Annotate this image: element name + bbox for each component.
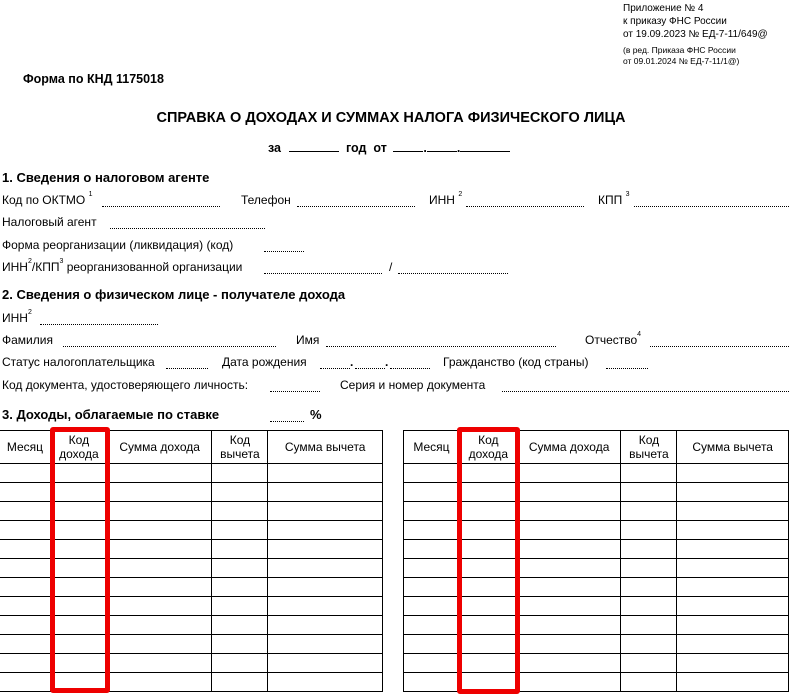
period-month-field[interactable] xyxy=(427,140,457,152)
column-header-line1: Сумма вычета xyxy=(268,440,382,454)
table-cell-deduction-amount[interactable] xyxy=(268,559,383,578)
phone-label: Телефон xyxy=(241,193,291,207)
table-cell-income-amount[interactable] xyxy=(107,616,212,635)
table-cell-income-amount[interactable] xyxy=(517,635,621,654)
table-cell-deduction-code[interactable] xyxy=(621,578,677,597)
table-cell-month[interactable] xyxy=(0,464,50,483)
appendix-line-2: к приказу ФНС России xyxy=(623,15,768,28)
table-cell-deduction-amount[interactable] xyxy=(268,597,383,616)
appendix-line-5: от 09.01.2024 № ЕД-7-11/1@) xyxy=(623,56,768,67)
agent-kpp-footnote: 3 xyxy=(626,191,630,198)
reorg-inn-field[interactable] xyxy=(264,273,382,274)
section3-title: 3. Доходы, облагаемые по ставке xyxy=(2,407,219,422)
table-cell-deduction-code[interactable] xyxy=(212,464,268,483)
table-cell-deduction-code[interactable] xyxy=(621,654,677,673)
table-cell-income-amount[interactable] xyxy=(107,673,212,692)
table-cell-deduction-amount[interactable] xyxy=(677,483,789,502)
table-cell-month[interactable] xyxy=(0,540,50,559)
person-inn-field[interactable] xyxy=(40,324,158,325)
table-cell-income-amount[interactable] xyxy=(107,635,212,654)
table-cell-deduction-amount[interactable] xyxy=(268,502,383,521)
table-cell-deduction-code[interactable] xyxy=(621,635,677,654)
taxpayer-status-label: Статус налогоплательщика xyxy=(2,355,155,369)
table-cell-income-amount[interactable] xyxy=(517,578,621,597)
table-cell-month[interactable] xyxy=(404,502,460,521)
table-cell-month[interactable] xyxy=(0,597,50,616)
agent-kpp-field[interactable] xyxy=(634,206,789,207)
income-code-column-highlight-left xyxy=(50,427,110,693)
document-title: СПРАВКА О ДОХОДАХ И СУММАХ НАЛОГА ФИЗИЧЕ… xyxy=(0,110,797,126)
table-cell-deduction-amount[interactable] xyxy=(268,540,383,559)
patronymic-label: Отчество4 xyxy=(585,333,641,347)
taxpayer-status-field[interactable] xyxy=(166,368,208,369)
table-cell-income-amount[interactable] xyxy=(517,464,621,483)
period-year-date-field[interactable] xyxy=(460,140,510,152)
column-header-line2: вычета xyxy=(212,447,267,461)
column-header-deduction-amount: Сумма вычета xyxy=(268,431,383,464)
table-cell-deduction-amount[interactable] xyxy=(677,559,789,578)
table-cell-deduction-code[interactable] xyxy=(621,559,677,578)
table-cell-month[interactable] xyxy=(404,597,460,616)
birth-day-field[interactable] xyxy=(320,368,350,369)
table-cell-month[interactable] xyxy=(404,559,460,578)
patronymic-footnote: 4 xyxy=(637,331,641,338)
appendix-line-4: (в ред. Приказа ФНС России xyxy=(623,45,768,56)
table-cell-income-amount[interactable] xyxy=(107,597,212,616)
table-cell-income-amount[interactable] xyxy=(517,483,621,502)
birth-month-field[interactable] xyxy=(355,368,385,369)
column-header-line1: Месяц xyxy=(404,440,459,454)
table-cell-deduction-amount[interactable] xyxy=(677,654,789,673)
table-cell-deduction-code[interactable] xyxy=(212,521,268,540)
table-cell-month[interactable] xyxy=(0,578,50,597)
table-cell-month[interactable] xyxy=(0,635,50,654)
table-cell-month[interactable] xyxy=(404,521,460,540)
birth-dot-2: . xyxy=(385,355,388,369)
reorg-org-label-text: реорганизованной организации xyxy=(67,260,243,274)
reorg-kpp-label-text: /КПП xyxy=(32,260,60,274)
birth-year-field[interactable] xyxy=(390,368,430,369)
agent-inn-footnote: 2 xyxy=(458,191,462,198)
period-for-label: за xyxy=(268,141,281,155)
citizenship-field[interactable] xyxy=(606,368,648,369)
table-cell-income-amount[interactable] xyxy=(107,559,212,578)
table-cell-deduction-code[interactable] xyxy=(212,540,268,559)
table-cell-deduction-amount[interactable] xyxy=(677,578,789,597)
table-cell-deduction-amount[interactable] xyxy=(677,597,789,616)
table-cell-deduction-code[interactable] xyxy=(621,502,677,521)
table-cell-month[interactable] xyxy=(0,521,50,540)
column-header-line2: вычета xyxy=(621,447,676,461)
reorg-form-label: Форма реорганизации (ликвидация) (код) xyxy=(2,238,233,252)
table-cell-deduction-amount[interactable] xyxy=(677,673,789,692)
patronymic-field[interactable] xyxy=(650,346,789,347)
agent-inn-field[interactable] xyxy=(466,206,584,207)
appendix-line-3: от 19.09.2023 № ЕД-7-11/649@ xyxy=(623,28,768,41)
doc-series-label: Серия и номер документа xyxy=(340,378,485,392)
table-cell-deduction-amount[interactable] xyxy=(268,464,383,483)
column-header-deduction-code: Кодвычета xyxy=(621,431,677,464)
table-cell-month[interactable] xyxy=(0,616,50,635)
table-cell-deduction-code[interactable] xyxy=(621,616,677,635)
column-header-line1: Сумма дохода xyxy=(518,440,621,454)
period-day-field[interactable] xyxy=(393,140,423,152)
oktmo-field[interactable] xyxy=(102,206,220,207)
income-code-column-highlight-right xyxy=(457,427,520,694)
table-cell-month[interactable] xyxy=(404,578,460,597)
column-header-month: Месяц xyxy=(404,431,460,464)
table-cell-deduction-code[interactable] xyxy=(621,540,677,559)
table-cell-deduction-amount[interactable] xyxy=(268,578,383,597)
reorg-kpp-footnote: 3 xyxy=(59,258,63,265)
appendix-line-1: Приложение № 4 xyxy=(623,2,768,15)
tax-agent-field[interactable] xyxy=(110,228,265,229)
table-cell-deduction-amount[interactable] xyxy=(268,521,383,540)
table-cell-month[interactable] xyxy=(0,654,50,673)
table-cell-deduction-code[interactable] xyxy=(212,559,268,578)
table-cell-deduction-amount[interactable] xyxy=(677,616,789,635)
table-cell-deduction-code[interactable] xyxy=(621,521,677,540)
reorg-form-field[interactable] xyxy=(264,251,304,252)
oktmo-label-text: Код по ОКТМО xyxy=(2,193,85,207)
percent-sign: % xyxy=(310,407,322,422)
agent-inn-label: ИНН 2 xyxy=(429,193,462,207)
table-cell-income-amount[interactable] xyxy=(517,597,621,616)
column-header-income-amount: Сумма дохода xyxy=(517,431,621,464)
table-cell-income-amount[interactable] xyxy=(107,502,212,521)
doc-code-label: Код документа, удостоверяющего личность: xyxy=(2,378,248,392)
table-cell-income-amount[interactable] xyxy=(517,654,621,673)
appendix-note: Приложение № 4 к приказу ФНС России от 1… xyxy=(623,2,768,67)
table-cell-deduction-amount[interactable] xyxy=(268,483,383,502)
name-field[interactable] xyxy=(326,346,556,347)
table-cell-deduction-code[interactable] xyxy=(212,578,268,597)
doc-code-field[interactable] xyxy=(270,391,320,392)
table-cell-month[interactable] xyxy=(0,483,50,502)
period-year-field[interactable] xyxy=(289,140,339,152)
table-cell-income-amount[interactable] xyxy=(517,540,621,559)
tax-rate-field[interactable] xyxy=(270,421,304,422)
table-cell-income-amount[interactable] xyxy=(517,521,621,540)
column-header-deduction-amount: Сумма вычета xyxy=(677,431,789,464)
column-header-deduction-code: Кодвычета xyxy=(212,431,268,464)
table-cell-month[interactable] xyxy=(0,559,50,578)
section1-title: 1. Сведения о налоговом агенте xyxy=(2,170,209,185)
reorg-inn-footnote: 2 xyxy=(28,258,32,265)
oktmo-label: Код по ОКТМО 1 xyxy=(2,193,92,207)
table-cell-income-amount[interactable] xyxy=(107,578,212,597)
table-cell-income-amount[interactable] xyxy=(107,540,212,559)
table-cell-month[interactable] xyxy=(404,483,460,502)
table-cell-income-amount[interactable] xyxy=(517,502,621,521)
table-cell-deduction-amount[interactable] xyxy=(677,540,789,559)
person-inn-footnote: 2 xyxy=(28,309,32,316)
table-cell-month[interactable] xyxy=(404,540,460,559)
surname-field[interactable] xyxy=(63,346,276,347)
table-cell-month[interactable] xyxy=(0,502,50,521)
birth-date-label: Дата рождения xyxy=(222,355,307,369)
table-cell-income-amount[interactable] xyxy=(517,673,621,692)
table-cell-deduction-amount[interactable] xyxy=(677,464,789,483)
table-cell-deduction-code[interactable] xyxy=(212,635,268,654)
table-cell-month[interactable] xyxy=(404,616,460,635)
reorg-inn-label-text: ИНН xyxy=(2,260,28,274)
column-header-line1: Месяц xyxy=(0,440,50,454)
table-cell-deduction-code[interactable] xyxy=(212,597,268,616)
form-code: Форма по КНД 1175018 xyxy=(23,72,164,86)
table-cell-deduction-code[interactable] xyxy=(212,616,268,635)
oktmo-footnote: 1 xyxy=(89,191,93,198)
table-cell-month[interactable] xyxy=(404,464,460,483)
table-cell-deduction-code[interactable] xyxy=(621,673,677,692)
table-cell-deduction-code[interactable] xyxy=(621,464,677,483)
table-cell-month[interactable] xyxy=(404,654,460,673)
table-cell-deduction-code[interactable] xyxy=(621,597,677,616)
period-from-label: от xyxy=(373,141,386,155)
column-header-line1: Код xyxy=(621,433,676,447)
table-cell-month[interactable] xyxy=(404,635,460,654)
agent-inn-label-text: ИНН xyxy=(429,193,455,207)
agent-kpp-label: КПП 3 xyxy=(598,193,630,207)
reorg-kpp-field[interactable] xyxy=(398,273,508,274)
person-inn-label: ИНН2 xyxy=(2,311,32,325)
table-cell-deduction-code[interactable] xyxy=(212,502,268,521)
tax-agent-label: Налоговый агент xyxy=(2,215,97,229)
document-title-text: СПРАВКА О ДОХОДАХ И СУММАХ НАЛОГА ФИЗИЧЕ… xyxy=(156,110,625,126)
table-cell-deduction-code[interactable] xyxy=(212,654,268,673)
table-cell-deduction-code[interactable] xyxy=(212,483,268,502)
table-cell-deduction-amount[interactable] xyxy=(268,673,383,692)
table-cell-deduction-amount[interactable] xyxy=(677,521,789,540)
person-inn-label-text: ИНН xyxy=(2,311,28,325)
column-header-line1: Код xyxy=(212,433,267,447)
table-cell-income-amount[interactable] xyxy=(107,464,212,483)
table-cell-income-amount[interactable] xyxy=(107,521,212,540)
column-header-line1: Сумма дохода xyxy=(108,440,212,454)
table-cell-deduction-amount[interactable] xyxy=(677,502,789,521)
table-cell-month[interactable] xyxy=(0,673,50,692)
patronymic-label-text: Отчество xyxy=(585,333,637,347)
column-header-month: Месяц xyxy=(0,431,50,464)
birth-dot-1: . xyxy=(350,355,353,369)
column-header-income-amount: Сумма дохода xyxy=(107,431,212,464)
table-cell-deduction-amount[interactable] xyxy=(677,635,789,654)
agent-kpp-label-text: КПП xyxy=(598,193,622,207)
section2-title: 2. Сведения о физическом лице - получате… xyxy=(2,287,345,302)
citizenship-label: Гражданство (код страны) xyxy=(443,355,588,369)
table-cell-income-amount[interactable] xyxy=(107,483,212,502)
table-cell-deduction-code[interactable] xyxy=(621,483,677,502)
surname-label: Фамилия xyxy=(2,333,53,347)
period-year-label: год xyxy=(346,141,366,155)
period-line: за год от .. xyxy=(268,140,510,155)
reorg-inn-kpp-label: ИНН2/КПП3 реорганизованной организации xyxy=(2,260,242,274)
table-cell-deduction-amount[interactable] xyxy=(268,616,383,635)
name-label: Имя xyxy=(296,333,319,347)
table-cell-deduction-code[interactable] xyxy=(212,673,268,692)
table-cell-deduction-amount[interactable] xyxy=(268,635,383,654)
reorg-slash: / xyxy=(389,260,392,274)
table-cell-income-amount[interactable] xyxy=(107,654,212,673)
phone-field[interactable] xyxy=(297,206,415,207)
column-header-line1: Сумма вычета xyxy=(677,440,788,454)
table-cell-income-amount[interactable] xyxy=(517,559,621,578)
table-cell-income-amount[interactable] xyxy=(517,616,621,635)
doc-series-field[interactable] xyxy=(502,391,789,392)
table-cell-month[interactable] xyxy=(404,673,460,692)
table-cell-deduction-amount[interactable] xyxy=(268,654,383,673)
